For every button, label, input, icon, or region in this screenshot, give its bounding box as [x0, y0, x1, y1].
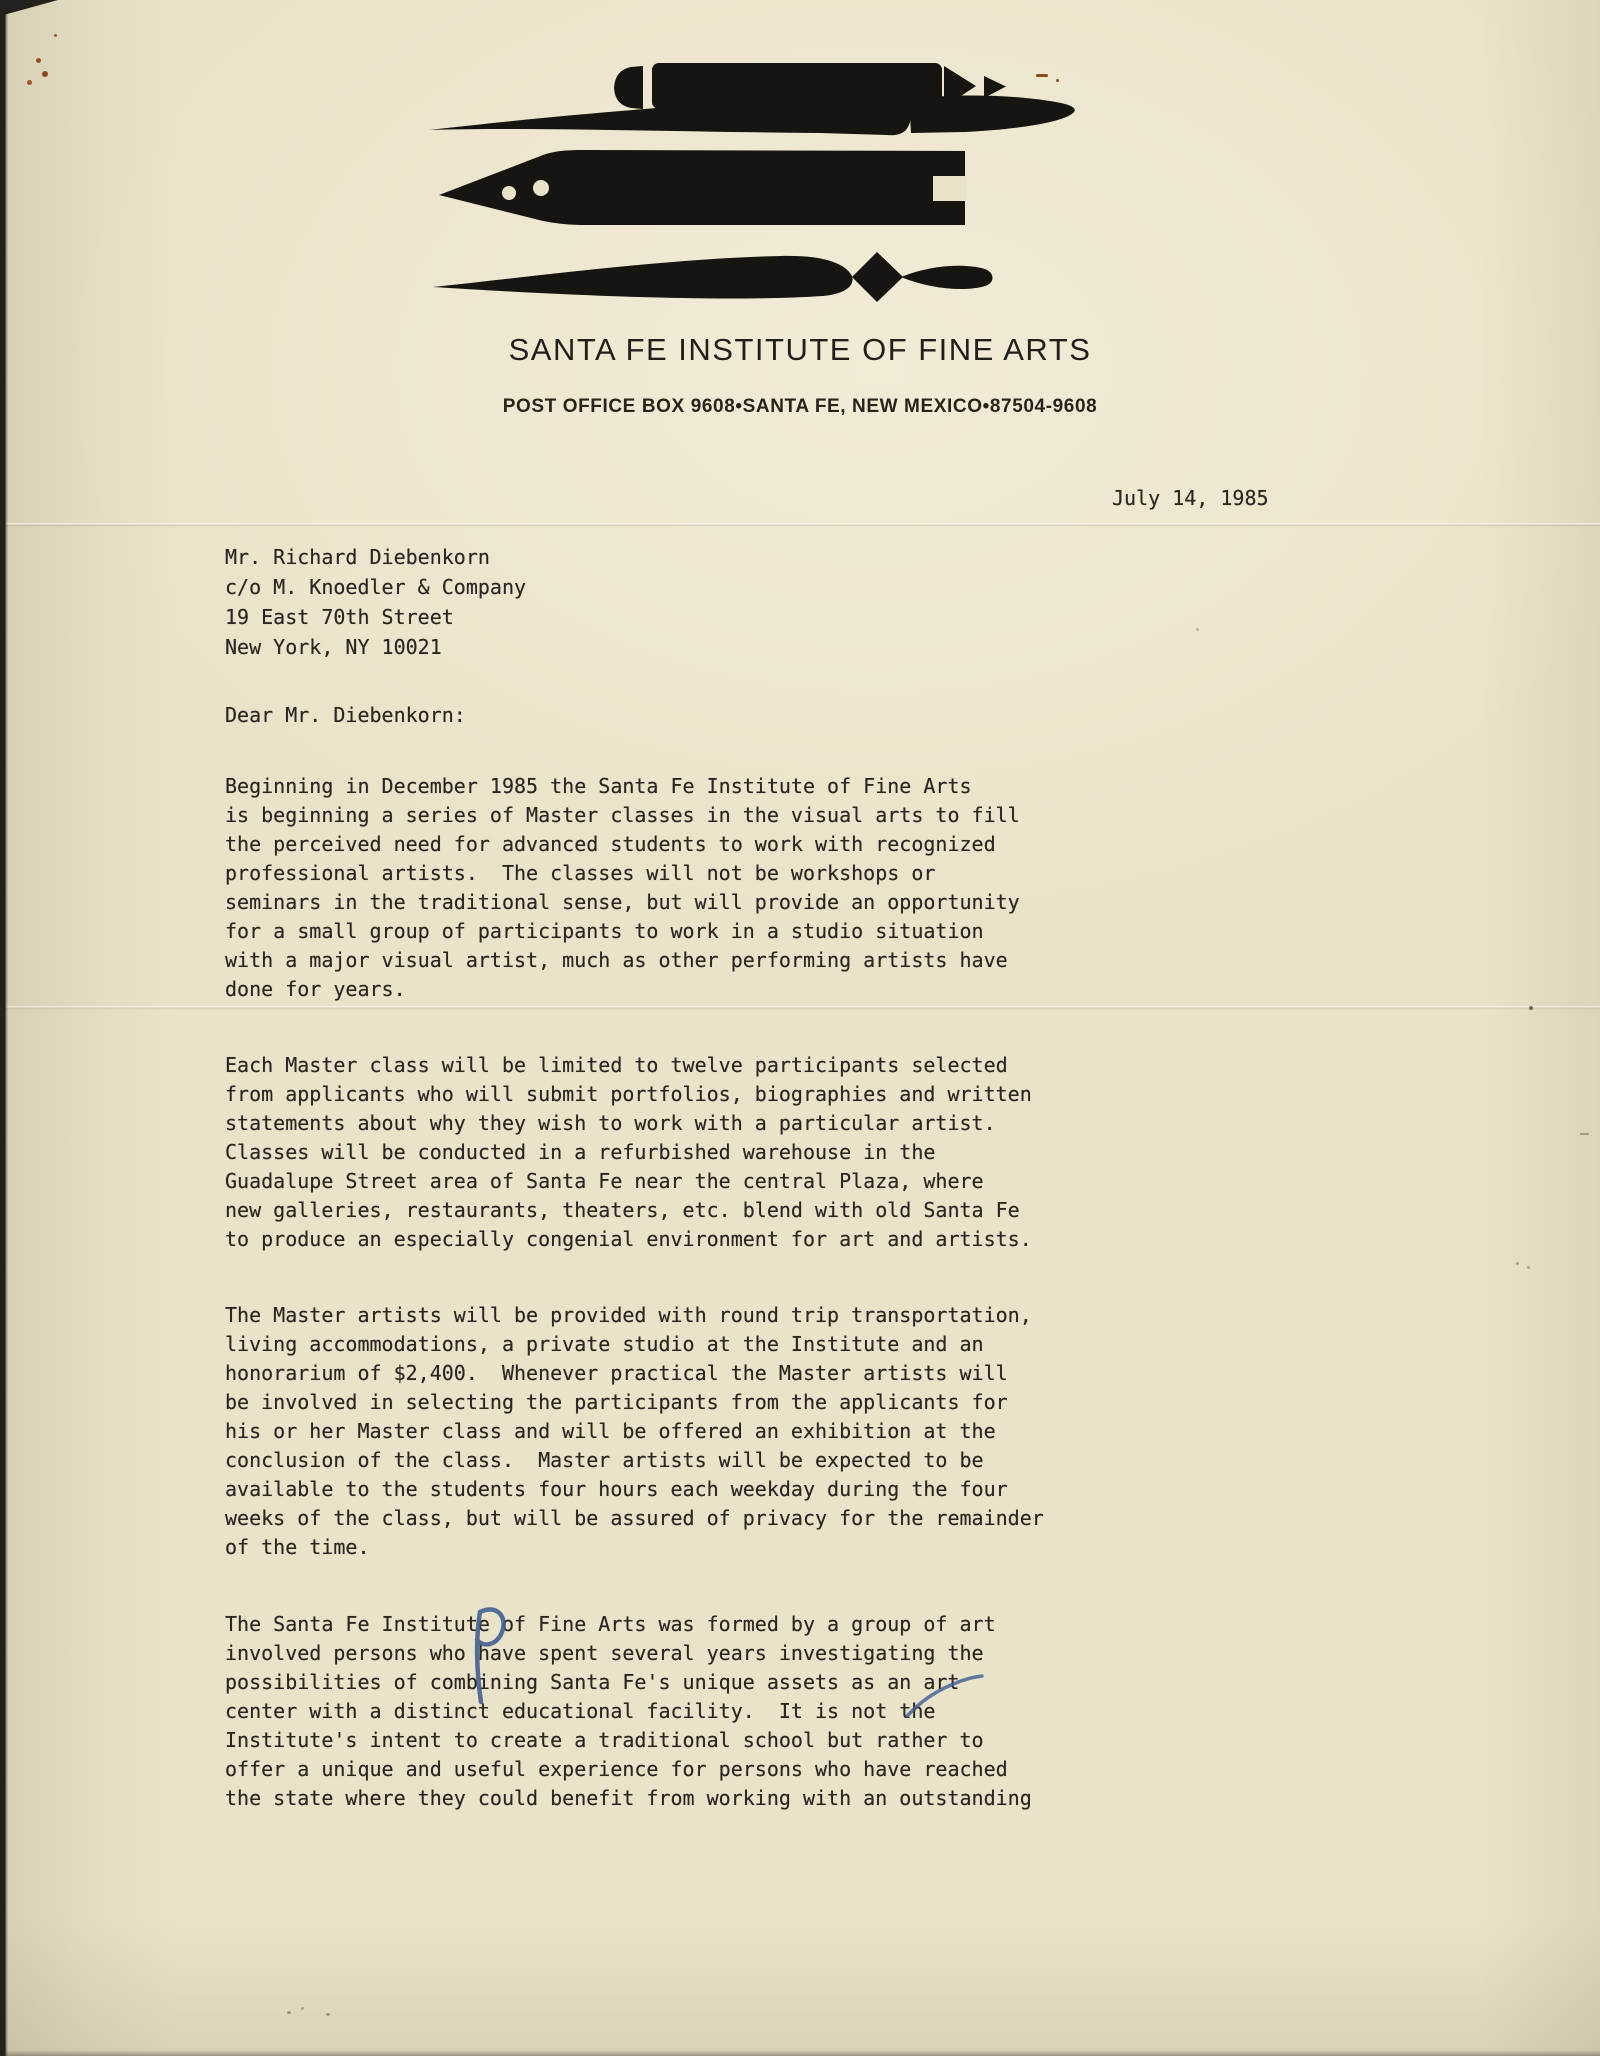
letter-date: July 14, 1985	[1112, 484, 1269, 513]
faint-dot	[301, 2007, 304, 2010]
faint-dash	[1580, 1133, 1589, 1135]
recipient-address-block: Mr. Richard Diebenkorn c/o M. Knoedler &…	[225, 542, 526, 662]
rust-speck	[36, 58, 41, 63]
faint-dot	[1527, 1266, 1530, 1269]
scan-edge	[0, 0, 8, 2056]
salutation: Dear Mr. Diebenkorn:	[225, 701, 466, 730]
paragraph-2: Each Master class will be limited to twe…	[225, 1051, 1032, 1254]
rust-dash	[1036, 74, 1048, 77]
letterhead-address-line: POST OFFICE BOX 9608•SANTA FE, NEW MEXIC…	[0, 396, 1600, 418]
ink-dot	[1529, 1006, 1533, 1010]
rust-speck	[54, 34, 57, 37]
letter-page: SANTA FE INSTITUTE OF FINE ARTS POST OFF…	[0, 0, 1600, 2056]
faint-dot	[1196, 628, 1199, 631]
fold-crease	[0, 1006, 1600, 1010]
handwritten-scribble-mark	[900, 1670, 990, 1720]
rust-speck	[27, 80, 32, 85]
handwritten-p-mark	[440, 1602, 520, 1712]
faint-dot	[1516, 1262, 1519, 1265]
letterhead-institution-name: SANTA FE INSTITUTE OF FINE ARTS	[0, 332, 1600, 368]
pen-nib-icon	[439, 150, 967, 225]
scan-edge-bottom	[0, 2050, 1600, 2056]
faint-dot	[287, 2011, 291, 2014]
fold-crease	[0, 523, 1600, 527]
paragraph-3: The Master artists will be provided with…	[225, 1301, 1044, 1562]
paragraph-1: Beginning in December 1985 the Santa Fe …	[225, 772, 1020, 1004]
faint-dot	[326, 2013, 330, 2016]
liner-brush-icon	[433, 252, 993, 302]
art-tools-logo	[425, 55, 1085, 305]
scan-corner	[0, 0, 58, 16]
rust-speck	[42, 71, 48, 77]
rust-speck	[1056, 79, 1059, 82]
